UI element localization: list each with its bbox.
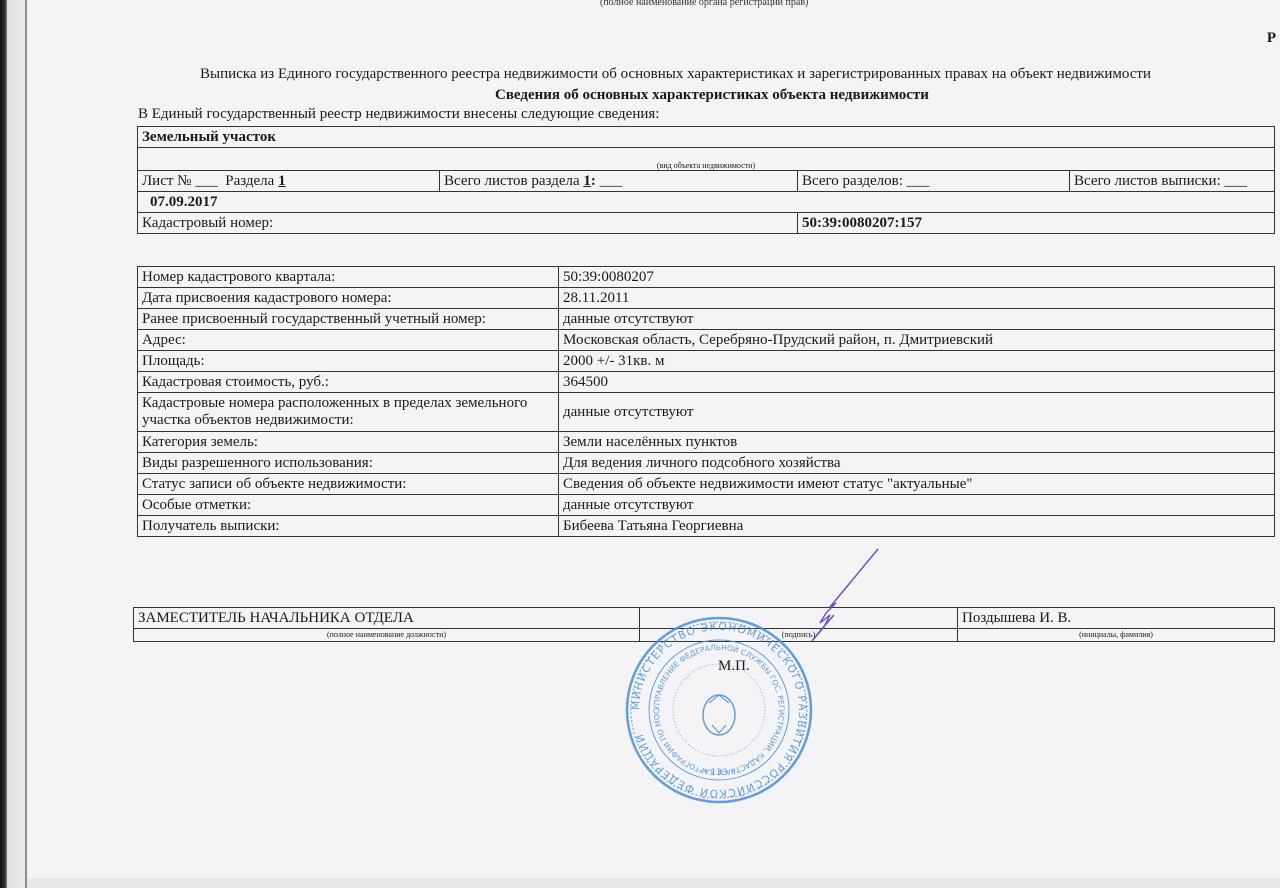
detail-value: 364500 xyxy=(559,372,1275,393)
section-value: 1 xyxy=(278,173,286,189)
detail-label: Дата присвоения кадастрового номера: xyxy=(138,288,559,309)
details-row: Кадастровая стоимость, руб.: 364500 xyxy=(138,372,1275,393)
details-row: Категория земель: Земли населённых пункт… xyxy=(138,432,1275,453)
detail-label: Категория земель: xyxy=(138,432,559,453)
seal-placeholder-label: М.П. xyxy=(718,658,750,675)
name-caption: (инициалы, фамилия) xyxy=(958,629,1275,642)
details-row: Номер кадастрового квартала: 50:39:00802… xyxy=(138,267,1275,288)
svg-text:* 133 *: * 133 * xyxy=(703,768,735,778)
details-row: Статус записи об объекте недвижимости: С… xyxy=(138,474,1275,495)
page-letter: Р xyxy=(1267,30,1276,47)
detail-label: Статус записи об объекте недвижимости: xyxy=(138,474,559,495)
object-header-table: Земельный участок (вид объекта недвижимо… xyxy=(137,126,1275,234)
detail-value: Земли населённых пунктов xyxy=(559,432,1275,453)
intro-text: В Единый государственный реестр недвижим… xyxy=(138,106,659,123)
total-sections-label: Всего разделов: xyxy=(802,173,903,189)
detail-label: Ранее присвоенный государственный учетны… xyxy=(138,309,559,330)
detail-value: 28.11.2011 xyxy=(559,288,1275,309)
document-subtitle: Сведения об основных характеристиках объ… xyxy=(495,87,929,104)
cadastral-number-value: 50:39:0080207:157 xyxy=(798,213,1275,234)
details-row: Получатель выписки: Бибеева Татьяна Геор… xyxy=(138,516,1275,537)
section-label: Раздела xyxy=(225,173,274,189)
details-row: Особые отметки: данные отсутствуют xyxy=(138,495,1275,516)
detail-value: данные отсутствуют xyxy=(559,393,1275,432)
scan-bottom-edge xyxy=(27,878,1280,888)
detail-label: Площадь: xyxy=(138,351,559,372)
details-row: Ранее присвоенный государственный учетны… xyxy=(138,309,1275,330)
details-row: Площадь: 2000 +/- 31кв. м xyxy=(138,351,1275,372)
official-position: ЗАМЕСТИТЕЛЬ НАЧАЛЬНИКА ОТДЕЛА xyxy=(134,608,640,629)
total-sections-blank: ___ xyxy=(907,173,930,189)
scan-page-margin xyxy=(7,0,25,888)
details-table: Номер кадастрового квартала: 50:39:00802… xyxy=(137,266,1275,537)
official-name: Поздышева И. В. xyxy=(958,608,1275,629)
details-row: Кадастровые номера расположенных в преде… xyxy=(138,393,1275,432)
total-extract-sheets-label: Всего листов выписки: xyxy=(1074,173,1221,189)
total-section-sheets-cell: Всего листов раздела 1: ___ xyxy=(440,171,798,192)
scan-page-fold-line xyxy=(25,0,27,888)
cadastral-number-label: Кадастровый номер: xyxy=(138,213,798,234)
detail-label: Особые отметки: xyxy=(138,495,559,516)
total-extract-sheets-cell: Всего листов выписки: ___ xyxy=(1070,171,1275,192)
total-section-sheets-blank: ___ xyxy=(600,173,623,189)
detail-value: Для ведения личного подсобного хозяйства xyxy=(559,453,1275,474)
registration-authority-caption: (полное наименование органа регистрации … xyxy=(600,0,808,8)
document-title: Выписка из Единого государственного реес… xyxy=(200,66,1151,83)
sheet-number-cell: Лист № ___ Раздела 1 xyxy=(138,171,440,192)
detail-label: Виды разрешенного использования: xyxy=(138,453,559,474)
detail-value: 2000 +/- 31кв. м xyxy=(559,351,1275,372)
detail-label: Адрес: xyxy=(138,330,559,351)
detail-label: Кадастровая стоимость, руб.: xyxy=(138,372,559,393)
position-caption: (полное наименование должности) xyxy=(134,629,640,642)
details-row: Дата присвоения кадастрового номера: 28.… xyxy=(138,288,1275,309)
extract-date: 07.09.2017 xyxy=(138,192,1275,213)
detail-value: 50:39:0080207 xyxy=(559,267,1275,288)
sheet-label: Лист № xyxy=(142,173,191,189)
detail-value: Бибеева Татьяна Георгиевна xyxy=(559,516,1275,537)
detail-value: данные отсутствуют xyxy=(559,495,1275,516)
scan-binding-edge xyxy=(0,0,7,888)
total-section-sheets-label: Всего листов раздела xyxy=(444,173,580,189)
detail-value: Московская область, Серебряно-Прудский р… xyxy=(559,330,1275,351)
total-extract-sheets-blank: ___ xyxy=(1225,173,1248,189)
details-row: Виды разрешенного использования: Для вед… xyxy=(138,453,1275,474)
detail-label: Номер кадастрового квартала: xyxy=(138,267,559,288)
total-section-sheets-value: 1 xyxy=(583,173,591,189)
detail-value: Сведения об объекте недвижимости имеют с… xyxy=(559,474,1275,495)
detail-label: Получатель выписки: xyxy=(138,516,559,537)
detail-label: Кадастровые номера расположенных в преде… xyxy=(138,393,559,432)
details-row: Адрес: Московская область, Серебряно-Пру… xyxy=(138,330,1275,351)
object-type: Земельный участок xyxy=(138,127,1275,148)
official-seal-stamp: МИНИСТЕРСТВО ЭКОНОМИЧЕСКОГО РАЗВИТИЯ РОС… xyxy=(624,615,814,805)
object-type-caption: (вид объекта недвижимости) xyxy=(138,162,1275,171)
sheet-blank: ___ xyxy=(195,173,218,189)
total-section-sheets-sep: : xyxy=(591,173,596,189)
total-sections-cell: Всего разделов: ___ xyxy=(798,171,1070,192)
detail-value: данные отсутствуют xyxy=(559,309,1275,330)
